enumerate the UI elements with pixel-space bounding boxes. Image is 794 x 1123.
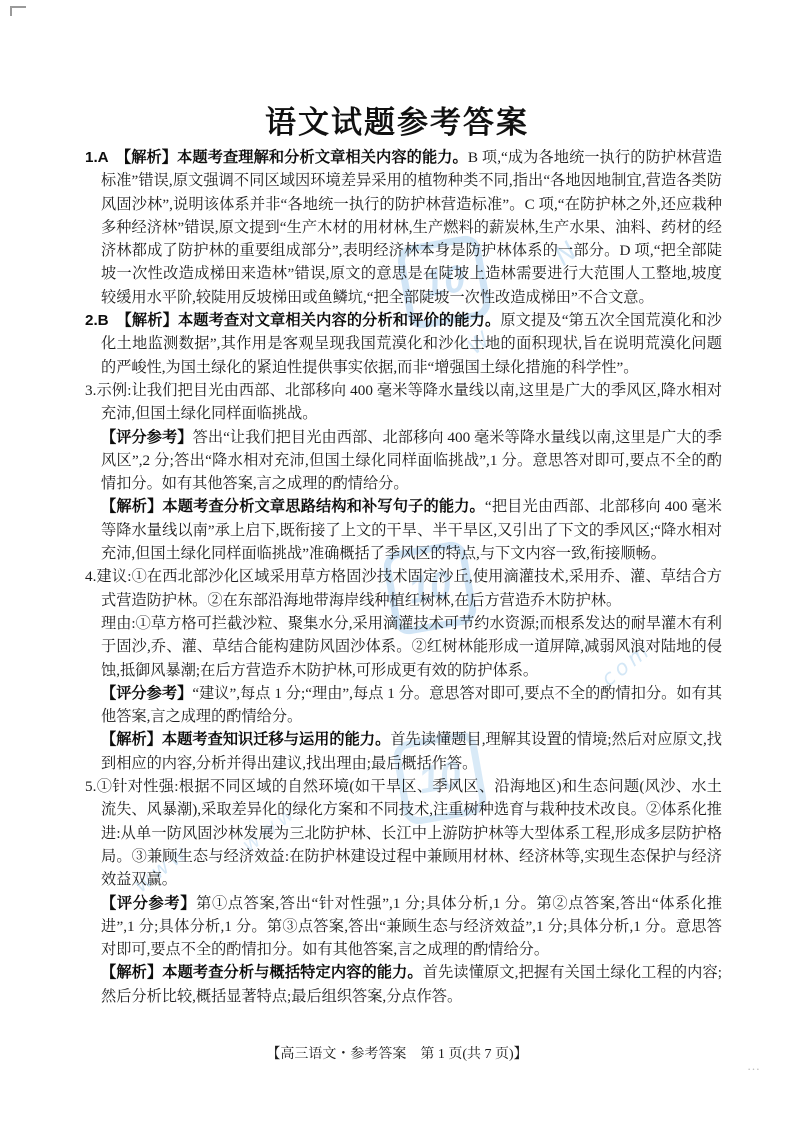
paragraph: 【解析】本题考查分析文章思路结构和补写句子的能力。“把目光由西部、北部移向 40… bbox=[85, 495, 722, 565]
paragraph: 【评分参考】“建议”,每点 1 分;“理由”,每点 1 分。意思答对即可,要点不… bbox=[85, 682, 722, 729]
paragraph: 3.示例:让我们把目光由西部、北部移向 400 毫米等降水量线以南,这里是广大的… bbox=[85, 379, 722, 426]
answer-label-text: 【解析】本题考查分析与概括特定内容的能力。 bbox=[101, 964, 423, 981]
paragraph: 【解析】本题考查分析与概括特定内容的能力。首先读懂原文,把握有关国土绿化工程的内… bbox=[85, 961, 722, 1008]
answer-label-text: 【评分参考】 bbox=[101, 895, 196, 912]
paragraph: 【评分参考】答出“让我们把目光由西部、北部移向 400 毫米等降水量线以南,这里… bbox=[85, 426, 722, 496]
answer-body-text: 5.①针对性强:根据不同区域的自然环境(如干旱区、季风区、沿海地区)和生态问题(… bbox=[85, 778, 722, 888]
answer-label-text: 【解析】本题考查分析文章思路结构和补写句子的能力。 bbox=[101, 498, 485, 515]
paragraph: 5.①针对性强:根据不同区域的自然环境(如干旱区、季风区、沿海地区)和生态问题(… bbox=[85, 775, 722, 891]
answer-label-text: 【评分参考】 bbox=[101, 429, 193, 446]
paragraph: 【评分参考】第①点答案,答出“针对性强”,1 分;具体分析,1 分。第②点答案,… bbox=[85, 892, 722, 962]
paragraph: 1.A 【解析】本题考查理解和分析文章相关内容的能力。B 项,“成为各地统一执行… bbox=[85, 146, 722, 309]
scan-corner-mark bbox=[10, 6, 26, 16]
document-body: 1.A 【解析】本题考查理解和分析文章相关内容的能力。B 项,“成为各地统一执行… bbox=[85, 146, 722, 1008]
answer-body-text: 理由:①草方格可拦截沙粒、聚集水分,采用滴灌技术可节约水资源;而根系发达的耐旱灌… bbox=[101, 615, 722, 679]
page-footer: 【高三语文・参考答案 第 1 页(共 7 页)】 bbox=[0, 1043, 794, 1063]
answer-label-text: 【解析】本题考查知识迁移与运用的能力。 bbox=[101, 731, 390, 748]
document-page: 10 10 10 N W com www www 语文试题参考答案 1.A 【解… bbox=[0, 0, 794, 1123]
answer-body-text: 3.示例:让我们把目光由西部、北部移向 400 毫米等降水量线以南,这里是广大的… bbox=[85, 382, 722, 422]
paragraph: 理由:①草方格可拦截沙粒、聚集水分,采用滴灌技术可节约水资源;而根系发达的耐旱灌… bbox=[85, 612, 722, 682]
paragraph: 2.B 【解析】本题考查对文章相关内容的分析和评价的能力。原文提及“第五次全国荒… bbox=[85, 309, 722, 379]
footer-ellipsis: … bbox=[747, 1058, 762, 1074]
answer-body-text: 答出“让我们把目光由西部、北部移向 400 毫米等降水量线以南,这里是广大的季风… bbox=[101, 429, 722, 493]
paragraph: 【解析】本题考查知识迁移与运用的能力。首先读懂题目,理解其设置的情境;然后对应原… bbox=[85, 728, 722, 775]
answer-body-text: “建议”,每点 1 分;“理由”,每点 1 分。意思答对即可,要点不全的酌情扣分… bbox=[101, 685, 722, 725]
answer-label-text: 【评分参考】 bbox=[101, 685, 192, 702]
answer-body-text: B 项,“成为各地统一执行的防护林营造标准”错误,原文强调不同区域因环境差异采用… bbox=[101, 149, 722, 306]
answer-label-text: 1.A 【解析】本题考查理解和分析文章相关内容的能力。 bbox=[85, 149, 468, 166]
answer-body-text: 4.建议:①在西北部沙化区域采用草方格固沙技术固定沙丘,使用滴灌技术,采用乔、灌… bbox=[85, 568, 722, 608]
paragraph: 4.建议:①在西北部沙化区域采用草方格固沙技术固定沙丘,使用滴灌技术,采用乔、灌… bbox=[85, 565, 722, 612]
answer-label-text: 2.B 【解析】本题考查对文章相关内容的分析和评价的能力。 bbox=[85, 312, 500, 329]
page-title: 语文试题参考答案 bbox=[0, 97, 794, 142]
